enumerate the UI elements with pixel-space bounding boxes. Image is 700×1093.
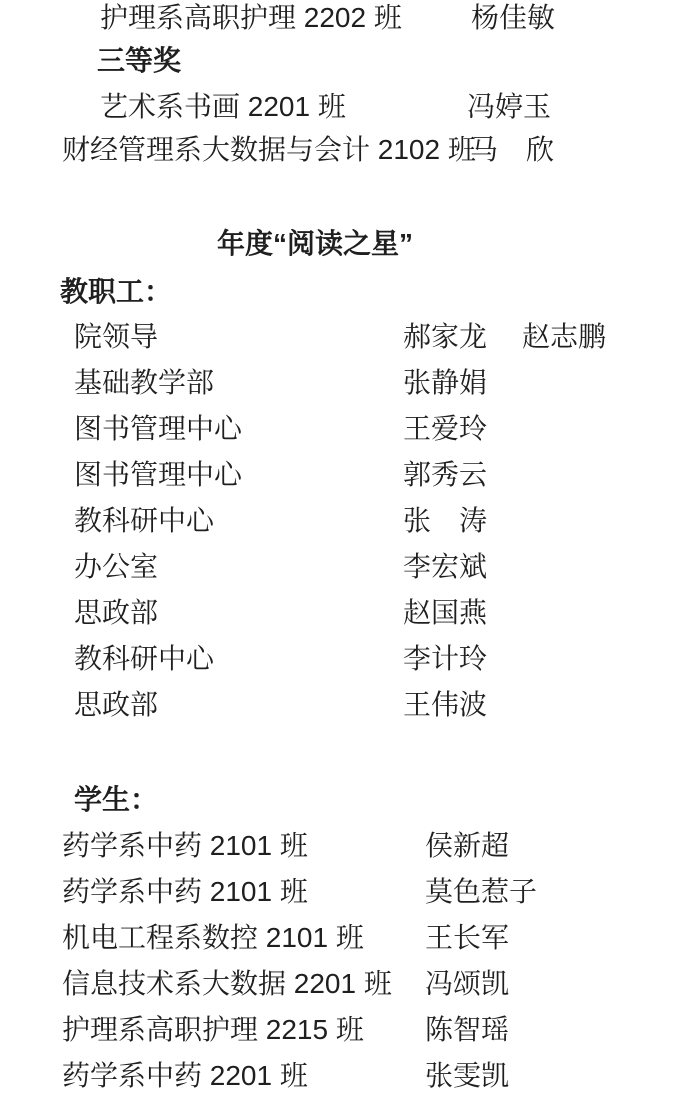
student-name: 陈智瑶 bbox=[425, 1014, 509, 1046]
staff-name: 张 涛 bbox=[403, 505, 487, 537]
award-winner-name: 马 欣 bbox=[470, 134, 554, 166]
staff-dept: 教科研中心 bbox=[74, 505, 214, 537]
student-name: 冯颂凯 bbox=[425, 968, 509, 1000]
staff-dept: 思政部 bbox=[74, 689, 158, 721]
student-row: 药学系中药 2101 班 侯新超 bbox=[0, 830, 700, 862]
staff-row: 思政部 王伟波 bbox=[0, 689, 700, 721]
staff-name: 赵国燕 bbox=[403, 597, 487, 629]
student-name: 莫色惹子 bbox=[425, 876, 537, 908]
staff-row: 院领导 郝家龙 赵志鹏 bbox=[0, 321, 700, 353]
staff-dept: 教科研中心 bbox=[74, 643, 214, 675]
third-prize-heading-row: 三等奖 bbox=[0, 45, 700, 77]
staff-row: 思政部 赵国燕 bbox=[0, 597, 700, 629]
student-name: 侯新超 bbox=[425, 830, 509, 862]
staff-name: 郝家龙 bbox=[403, 321, 487, 353]
staff-label: 教职工： bbox=[60, 276, 172, 308]
staff-dept: 院领导 bbox=[74, 321, 158, 353]
staff-label-row: 教职工： bbox=[0, 276, 700, 308]
award-dept: 护理系高职护理 2202 班 bbox=[100, 2, 402, 34]
staff-name: 李宏斌 bbox=[403, 551, 487, 583]
staff-name: 李计玲 bbox=[403, 643, 487, 675]
student-row: 信息技术系大数据 2201 班 冯颂凯 bbox=[0, 968, 700, 1000]
student-dept: 信息技术系大数据 2201 班 bbox=[62, 968, 392, 1000]
student-row: 机电工程系数控 2101 班 王长军 bbox=[0, 922, 700, 954]
award-row: 护理系高职护理 2202 班 杨佳敏 bbox=[0, 2, 700, 34]
student-label: 学生： bbox=[74, 784, 158, 816]
student-name: 王长军 bbox=[425, 922, 509, 954]
staff-row: 教科研中心 李计玲 bbox=[0, 643, 700, 675]
section-title-row: 年度“阅读之星” bbox=[0, 228, 700, 260]
staff-dept: 图书管理中心 bbox=[74, 413, 242, 445]
reading-star-title: 年度“阅读之星” bbox=[217, 228, 413, 260]
award-row: 艺术系书画 2201 班 冯婷玉 bbox=[0, 91, 700, 123]
award-winner-name: 冯婷玉 bbox=[467, 91, 551, 123]
staff-row: 图书管理中心 郭秀云 bbox=[0, 459, 700, 491]
staff-dept: 基础教学部 bbox=[74, 367, 214, 399]
student-dept: 药学系中药 2101 班 bbox=[62, 830, 308, 862]
student-row: 护理系高职护理 2215 班 陈智瑶 bbox=[0, 1014, 700, 1046]
award-dept: 财经管理系大数据与会计 2102 班 bbox=[62, 134, 476, 166]
staff-row: 办公室 李宏斌 bbox=[0, 551, 700, 583]
student-dept: 护理系高职护理 2215 班 bbox=[62, 1014, 364, 1046]
award-winner-name: 杨佳敏 bbox=[471, 2, 555, 34]
staff-name: 王爱玲 bbox=[403, 413, 487, 445]
staff-name: 郭秀云 bbox=[403, 459, 487, 491]
award-row: 财经管理系大数据与会计 2102 班 马 欣 bbox=[0, 134, 700, 166]
student-dept: 药学系中药 2101 班 bbox=[62, 876, 308, 908]
student-dept: 药学系中药 2201 班 bbox=[62, 1060, 308, 1092]
student-row: 药学系中药 2101 班 莫色惹子 bbox=[0, 876, 700, 908]
student-row: 药学系中药 2201 班 张雯凯 bbox=[0, 1060, 700, 1092]
staff-name: 王伟波 bbox=[403, 689, 487, 721]
staff-row: 教科研中心 张 涛 bbox=[0, 505, 700, 537]
staff-dept: 办公室 bbox=[74, 551, 158, 583]
student-label-row: 学生： bbox=[0, 784, 700, 816]
document-page: 护理系高职护理 2202 班 杨佳敏 三等奖 艺术系书画 2201 班 冯婷玉 … bbox=[0, 0, 700, 1093]
staff-name: 赵志鹏 bbox=[522, 321, 606, 353]
third-prize-heading: 三等奖 bbox=[97, 45, 181, 77]
staff-row: 基础教学部 张静娟 bbox=[0, 367, 700, 399]
staff-row: 图书管理中心 王爱玲 bbox=[0, 413, 700, 445]
staff-dept: 思政部 bbox=[74, 597, 158, 629]
student-name: 张雯凯 bbox=[425, 1060, 509, 1092]
staff-dept: 图书管理中心 bbox=[74, 459, 242, 491]
student-dept: 机电工程系数控 2101 班 bbox=[62, 922, 364, 954]
award-dept: 艺术系书画 2201 班 bbox=[100, 91, 346, 123]
staff-name: 张静娟 bbox=[403, 367, 487, 399]
